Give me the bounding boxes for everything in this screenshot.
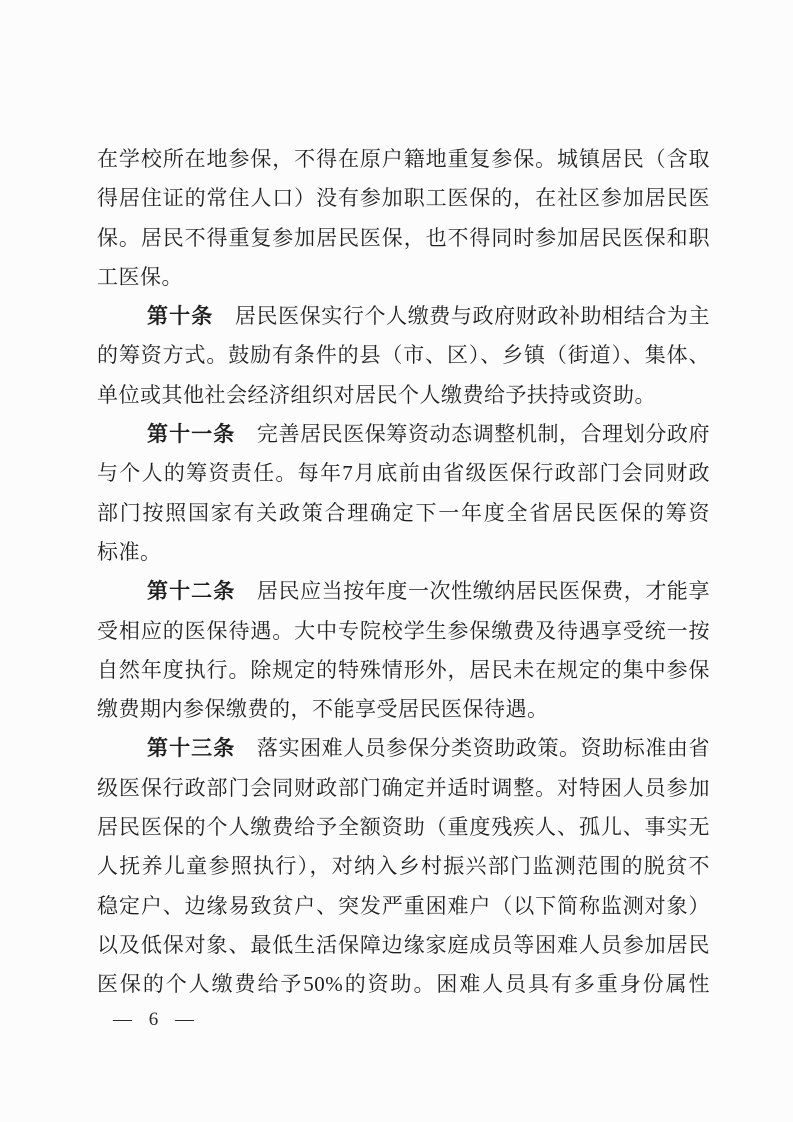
article-number: 第十条 xyxy=(147,305,213,328)
text-line: 部门按照国家有关政策合理确定下一年度全省居民医保的筹资 xyxy=(97,494,710,533)
line-text: 的筹资方式。鼓励有条件的县（市、区）、乡镇（街道）、集体、 xyxy=(97,343,710,367)
text-line: 第十三条 落实困难人员参保分类资助政策。资助标准由省 xyxy=(97,729,710,768)
text-line: 的筹资方式。鼓励有条件的县（市、区）、乡镇（街道）、集体、 xyxy=(97,336,710,375)
text-line: 受相应的医保待遇。大中专院校学生参保缴费及待遇享受统一按 xyxy=(97,612,710,651)
line-text: 人抚养儿童参照执行），对纳入乡村振兴部门监测范围的脱贫不 xyxy=(97,854,710,878)
text-line: 工医保。 xyxy=(97,258,710,297)
text-line: 医保的个人缴费给予50%的资助。困难人员具有多重身份属性 xyxy=(97,965,710,1004)
line-text: 居民应当按年度一次性缴纳居民医保费，才能享 xyxy=(235,579,710,603)
line-text: 标准。 xyxy=(97,540,162,564)
line-text: 与个人的筹资责任。每年7月底前由省级医保行政部门会同财政 xyxy=(97,461,710,485)
line-text: 以及低保对象、最低生活保障边缘家庭成员等困难人员参加居民 xyxy=(97,933,710,957)
line-text: 居民医保的个人缴费给予全额资助（重度残疾人、孤儿、事实无 xyxy=(97,815,710,839)
line-text: 落实困难人员参保分类资助政策。资助标准由省 xyxy=(235,736,710,760)
text-line: 第十一条 完善居民医保筹资动态调整机制，合理划分政府 xyxy=(97,415,710,454)
line-text: 得居住证的常住人口）没有参加职工医保的，在社区参加居民医 xyxy=(97,186,710,210)
text-line: 人抚养儿童参照执行），对纳入乡村振兴部门监测范围的脱贫不 xyxy=(97,847,710,886)
text-line: 稳定户、边缘易致贫户、突发严重困难户（以下简称监测对象） xyxy=(97,887,710,926)
text-line: 自然年度执行。除规定的特殊情形外，居民未在规定的集中参保 xyxy=(97,651,710,690)
text-line: 得居住证的常住人口）没有参加职工医保的，在社区参加居民医 xyxy=(97,179,710,218)
line-text: 工医保。 xyxy=(97,265,183,289)
line-text: 自然年度执行。除规定的特殊情形外，居民未在规定的集中参保 xyxy=(97,658,710,682)
line-text: 单位或其他社会经济组织对居民个人缴费给予扶持或资助。 xyxy=(97,383,656,407)
text-line: 标准。 xyxy=(97,533,710,572)
line-text: 保。居民不得重复参加居民医保，也不得同时参加居民医保和职 xyxy=(97,226,710,250)
document-page: 在学校所在地参保，不得在原户籍地重复参保。城镇居民（含取 得居住证的常住人口）没… xyxy=(0,0,793,1122)
text-line: 缴费期内参保缴费的，不能享受居民医保待遇。 xyxy=(97,690,710,729)
page-number: — 6 — xyxy=(113,1008,200,1032)
line-text: 受相应的医保待遇。大中专院校学生参保缴费及待遇享受统一按 xyxy=(97,619,710,643)
text-line: 保。居民不得重复参加居民医保，也不得同时参加居民医保和职 xyxy=(97,219,710,258)
text-line: 单位或其他社会经济组织对居民个人缴费给予扶持或资助。 xyxy=(97,376,710,415)
line-text: 在学校所在地参保，不得在原户籍地重复参保。城镇居民（含取 xyxy=(97,147,710,171)
line-text: 缴费期内参保缴费的，不能享受居民医保待遇。 xyxy=(97,697,549,721)
text-line: 与个人的筹资责任。每年7月底前由省级医保行政部门会同财政 xyxy=(97,454,710,493)
text-line: 居民医保的个人缴费给予全额资助（重度残疾人、孤儿、事实无 xyxy=(97,808,710,847)
text-line: 第十条 居民医保实行个人缴费与政府财政补助相结合为主 xyxy=(97,297,710,336)
article-number: 第十二条 xyxy=(147,580,235,603)
article-number: 第十一条 xyxy=(147,423,235,446)
body-text: 在学校所在地参保，不得在原户籍地重复参保。城镇居民（含取 得居住证的常住人口）没… xyxy=(97,140,710,1005)
text-line: 以及低保对象、最低生活保障边缘家庭成员等困难人员参加居民 xyxy=(97,926,710,965)
line-text: 稳定户、边缘易致贫户、突发严重困难户（以下简称监测对象） xyxy=(97,894,710,918)
line-text: 完善居民医保筹资动态调整机制，合理划分政府 xyxy=(235,422,710,446)
text-line: 第十二条 居民应当按年度一次性缴纳居民医保费，才能享 xyxy=(97,572,710,611)
line-text: 医保的个人缴费给予50%的资助。困难人员具有多重身份属性 xyxy=(97,972,710,996)
text-line: 在学校所在地参保，不得在原户籍地重复参保。城镇居民（含取 xyxy=(97,140,710,179)
line-text: 部门按照国家有关政策合理确定下一年度全省居民医保的筹资 xyxy=(97,501,710,525)
article-number: 第十三条 xyxy=(147,737,235,760)
line-text: 居民医保实行个人缴费与政府财政补助相结合为主 xyxy=(213,304,710,328)
line-text: 级医保行政部门会同财政部门确定并适时调整。对特困人员参加 xyxy=(97,776,710,800)
text-line: 级医保行政部门会同财政部门确定并适时调整。对特困人员参加 xyxy=(97,769,710,808)
